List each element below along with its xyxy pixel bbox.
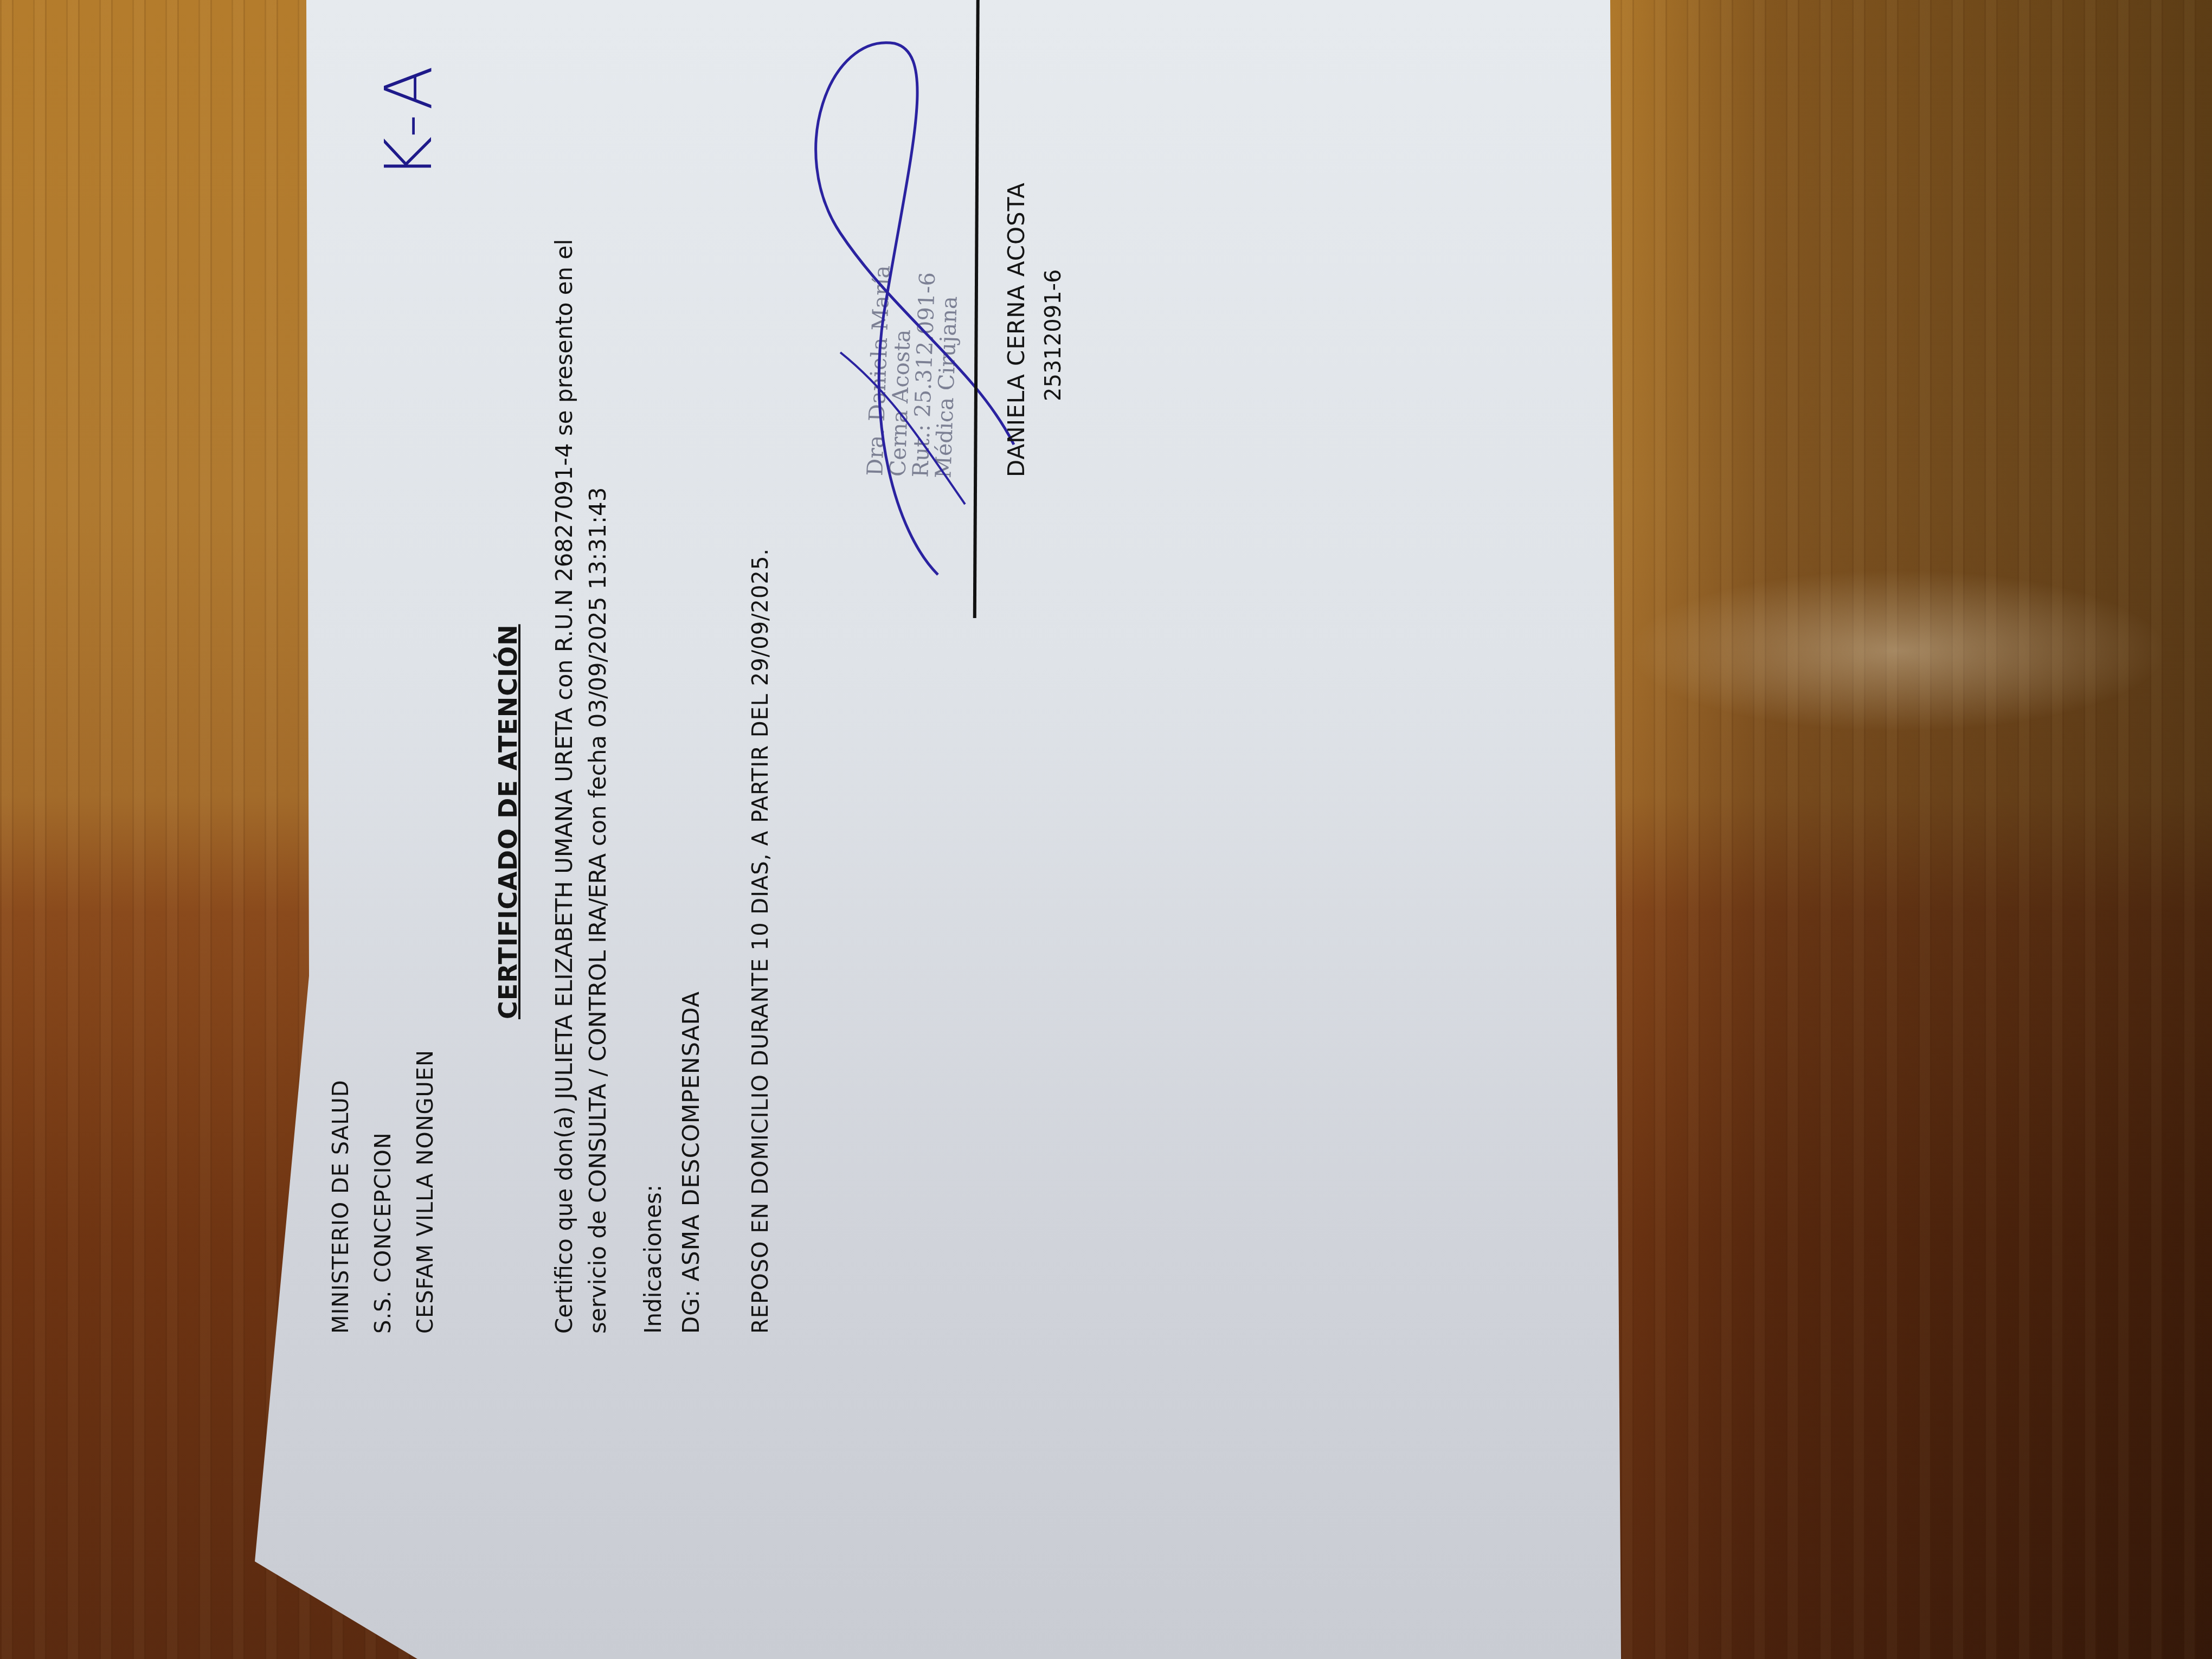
signature-line bbox=[973, 0, 982, 618]
doctor-stamp: Dra. Daniela María Cerna Acosta Rut.: 25… bbox=[864, 265, 962, 479]
body-line-1: Certifico que don(a) JULIETA ELIZABETH U… bbox=[548, 239, 581, 1334]
indications-label: Indicaciones: bbox=[640, 1185, 666, 1334]
rest-order: REPOSO EN DOMICILIO DURANTE 10 DIAS, A P… bbox=[748, 548, 773, 1334]
signatory-name: DANIELA CERNA ACOSTA bbox=[1003, 182, 1030, 477]
document-title: CERTIFICADO DE ATENCIÓN bbox=[493, 624, 523, 1019]
certificate-body: Certifico que don(a) JULIETA ELIZABETH U… bbox=[548, 239, 615, 1334]
diagnosis: DG: ASMA DESCOMPENSADA bbox=[678, 991, 704, 1334]
handwritten-signature bbox=[298, 16, 1518, 1507]
body-line-2: servicio de CONSULTA / CONTROL IRA/ERA c… bbox=[581, 239, 615, 1334]
signatory-rut: 25312091-6 bbox=[1041, 269, 1066, 401]
clinic-name: CESFAM VILLA NONGUEN bbox=[404, 1050, 447, 1334]
light-glare bbox=[1626, 569, 2169, 732]
handwritten-note: K-A bbox=[371, 60, 447, 179]
institution-header: MINISTERIO DE SALUD S.S. CONCEPCION CESF… bbox=[320, 1050, 447, 1334]
health-service-name: S.S. CONCEPCION bbox=[362, 1050, 404, 1334]
ministry-name: MINISTERIO DE SALUD bbox=[320, 1050, 362, 1334]
certificate-page: MINISTERIO DE SALUD S.S. CONCEPCION CESF… bbox=[298, 16, 1518, 1507]
